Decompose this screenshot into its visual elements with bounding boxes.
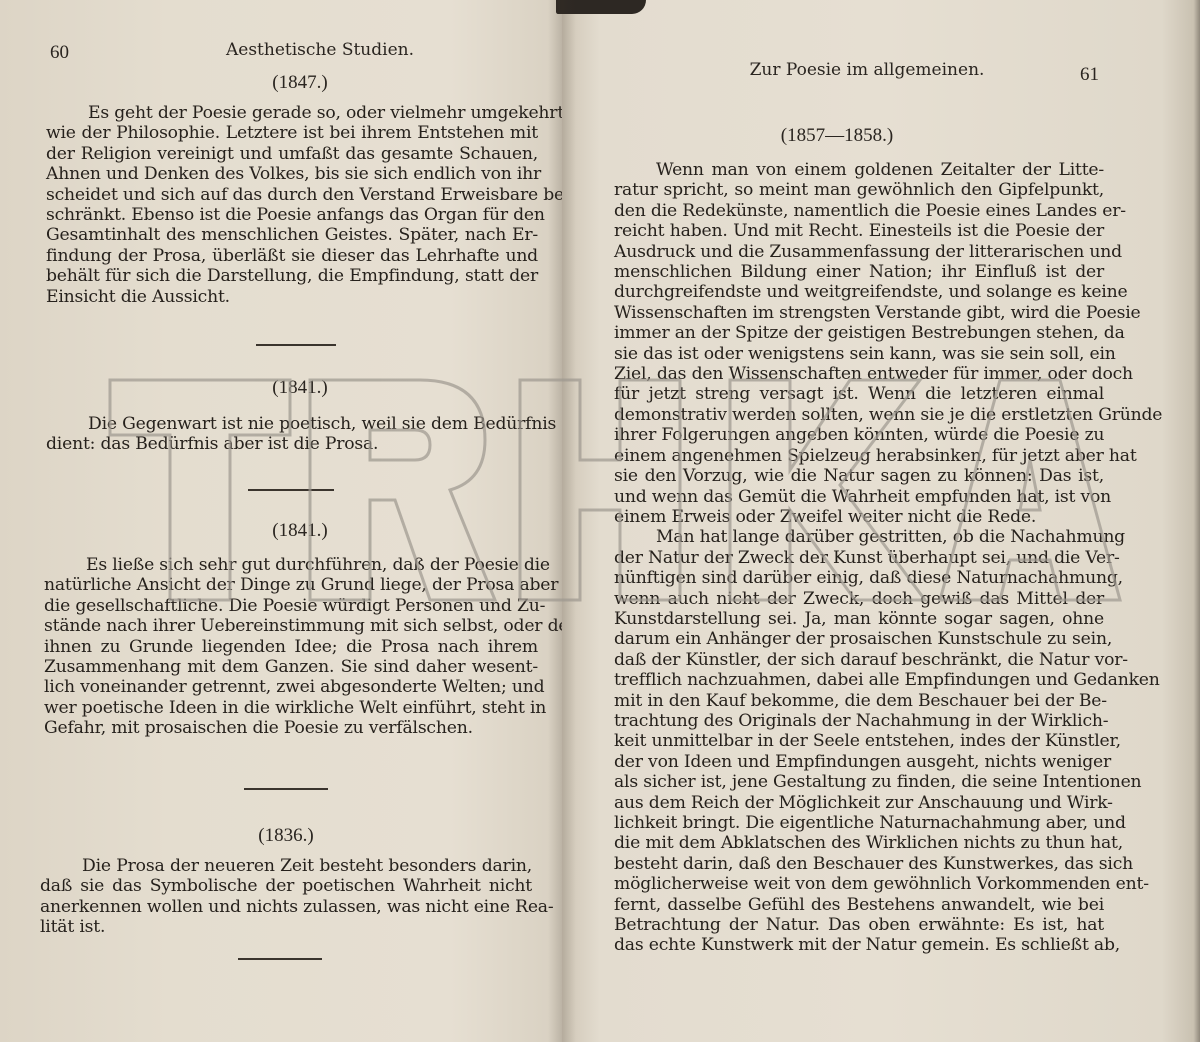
text-line: Die Gegenwart ist nie poetisch, weil sie… xyxy=(46,414,538,434)
text-block-1836: Die Prosa der neueren Zeit besteht beson… xyxy=(40,856,532,938)
text-line: findung der Prosa, überläßt sie dieser d… xyxy=(46,246,538,266)
text-line: Es ließe sich sehr gut durchführen, daß … xyxy=(44,555,538,575)
text-line: anerkennen wollen und nichts zulassen, w… xyxy=(40,897,532,917)
text-line: behält für sich die Darstellung, die Emp… xyxy=(46,266,538,286)
text-line: einem Erweis oder Zweifel weiter nicht d… xyxy=(614,507,1104,527)
text-line: Zusammenhang mit dem Ganzen. Sie sind da… xyxy=(44,657,538,677)
section-divider xyxy=(248,489,334,491)
text-line: sie das ist oder wenigstens sein kann, w… xyxy=(614,344,1104,364)
text-line: Einsicht die Aussicht. xyxy=(46,287,538,307)
background-edge xyxy=(556,0,646,14)
text-line: ihnen zu Grunde liegenden Idee; die Pros… xyxy=(44,637,538,657)
right-page: Zur Poesie im allgemeinen. 61 (1857—1858… xyxy=(562,0,1200,1042)
text-line: wenn auch nicht der Zweck, doch gewiß da… xyxy=(614,589,1104,609)
text-line: reicht haben. Und mit Recht. Einesteils … xyxy=(614,221,1104,241)
text-line: darum ein Anhänger der prosaischen Kunst… xyxy=(614,629,1104,649)
text-line: trefflich nachzuahmen, dabei alle Empfin… xyxy=(614,670,1104,690)
text-line: dient: das Bedürfnis aber ist die Prosa. xyxy=(46,434,538,454)
text-line: trachtung des Originals der Nachahmung i… xyxy=(614,711,1104,731)
text-line: das echte Kunstwerk mit der Natur gemein… xyxy=(614,935,1104,955)
text-line: stände nach ihrer Uebereinstimmung mit s… xyxy=(44,616,538,636)
section-date: (1841.) xyxy=(200,377,400,399)
text-line: Gesamtinhalt des menschlichen Geistes. S… xyxy=(46,225,538,245)
text-block-1847: Es geht der Poesie gerade so, oder vielm… xyxy=(46,103,538,307)
page-number-left: 60 xyxy=(50,42,69,64)
text-line: fernt, dasselbe Gefühl des Bestehens anw… xyxy=(614,895,1104,915)
text-line: immer an der Spitze der geistigen Bestre… xyxy=(614,323,1104,343)
text-line: als sicher ist, jene Gestaltung zu finde… xyxy=(614,772,1104,792)
text-line: möglicherweise weit von dem gewöhnlich V… xyxy=(614,874,1104,894)
text-block-1857: Wenn man von einem goldenen Zeitalter de… xyxy=(614,160,1104,956)
text-line: daß sie das Symbolische der poetischen W… xyxy=(40,876,532,896)
text-line: Wissenschaften im strengsten Verstande g… xyxy=(614,303,1104,323)
text-line: Wenn man von einem goldenen Zeitalter de… xyxy=(614,160,1104,180)
text-line: wie der Philosophie. Letztere ist bei ih… xyxy=(46,123,538,143)
text-line: einem angenehmen Spielzeug herabsinken, … xyxy=(614,446,1104,466)
book-spread: 60 Aesthetische Studien. (1847.) Es geht… xyxy=(0,0,1200,1042)
text-line: ihrer Folgerungen angeben könnten, würde… xyxy=(614,425,1104,445)
text-line: Gefahr, mit prosaischen die Poesie zu ve… xyxy=(44,718,538,738)
text-line: der Natur der Zweck der Kunst überhaupt … xyxy=(614,548,1104,568)
text-line: Kunstdarstellung sei. Ja, man könnte sog… xyxy=(614,609,1104,629)
text-line: der Religion vereinigt und umfaßt das ge… xyxy=(46,144,538,164)
text-block-1841-b: Es ließe sich sehr gut durchführen, daß … xyxy=(44,555,538,739)
text-line: der von Ideen und Empfindungen ausgeht, … xyxy=(614,752,1104,772)
section-divider xyxy=(256,344,336,346)
text-line: Es geht der Poesie gerade so, oder vielm… xyxy=(46,103,538,123)
text-line: lich voneinander getrennt, zwei abgesond… xyxy=(44,677,538,697)
running-head-right: Zur Poesie im allgemeinen. xyxy=(737,60,997,80)
text-line: für jetzt streng versagt ist. Wenn die l… xyxy=(614,384,1104,404)
text-line: schränkt. Ebenso ist die Poesie anfangs … xyxy=(46,205,538,225)
text-line: Betrachtung der Natur. Das oben erwähnte… xyxy=(614,915,1104,935)
text-line: die gesellschaftliche. Die Poesie würdig… xyxy=(44,596,538,616)
text-line: scheidet und sich auf das durch den Vers… xyxy=(46,185,538,205)
text-line: Man hat lange darüber gestritten, ob die… xyxy=(614,527,1104,547)
text-line: ratur spricht, so meint man gewöhnlich d… xyxy=(614,180,1104,200)
text-line: menschlichen Bildung einer Nation; ihr E… xyxy=(614,262,1104,282)
text-line: lichkeit bringt. Die eigentliche Naturna… xyxy=(614,813,1104,833)
section-date: (1847.) xyxy=(200,72,400,94)
text-line: natürliche Ansicht der Dinge zu Grund li… xyxy=(44,575,538,595)
text-line: daß der Künstler, der sich darauf beschr… xyxy=(614,650,1104,670)
text-line: mit in den Kauf bekomme, die dem Beschau… xyxy=(614,691,1104,711)
text-line: lität ist. xyxy=(40,917,532,937)
text-line: besteht darin, daß den Beschauer des Kun… xyxy=(614,854,1104,874)
section-divider xyxy=(244,788,328,790)
text-line: den die Redekünste, namentlich die Poesi… xyxy=(614,201,1104,221)
text-line: demonstrativ werden sollten, wenn sie je… xyxy=(614,405,1104,425)
text-line: Ahnen und Denken des Volkes, bis sie sic… xyxy=(46,164,538,184)
text-line: und wenn das Gemüt die Wahrheit empfunde… xyxy=(614,487,1104,507)
section-date: (1857—1858.) xyxy=(737,125,937,147)
page-number-right: 61 xyxy=(1080,64,1099,86)
section-divider xyxy=(238,958,322,960)
text-line: keit unmittelbar in der Seele entstehen,… xyxy=(614,731,1104,751)
text-line: die mit dem Abklatschen des Wirklichen n… xyxy=(614,833,1104,853)
text-line: Die Prosa der neueren Zeit besteht beson… xyxy=(40,856,532,876)
text-line: aus dem Reich der Möglichkeit zur Anscha… xyxy=(614,793,1104,813)
text-line: Ziel, das den Wissenschaften entweder fü… xyxy=(614,364,1104,384)
text-line: sie den Vorzug, wie die Natur sagen zu k… xyxy=(614,466,1104,486)
text-block-1841-a: Die Gegenwart ist nie poetisch, weil sie… xyxy=(46,414,538,455)
section-date: (1836.) xyxy=(186,825,386,847)
left-page: 60 Aesthetische Studien. (1847.) Es geht… xyxy=(0,0,562,1042)
text-line: Ausdruck und die Zusammenfassung der lit… xyxy=(614,242,1104,262)
text-line: wer poetische Ideen in die wirkliche Wel… xyxy=(44,698,538,718)
text-line: durchgreifendste und weitgreifendste, un… xyxy=(614,282,1104,302)
text-line: nünftigen sind darüber einig, daß diese … xyxy=(614,568,1104,588)
section-date: (1841.) xyxy=(200,520,400,542)
running-head-left: Aesthetische Studien. xyxy=(200,40,440,60)
